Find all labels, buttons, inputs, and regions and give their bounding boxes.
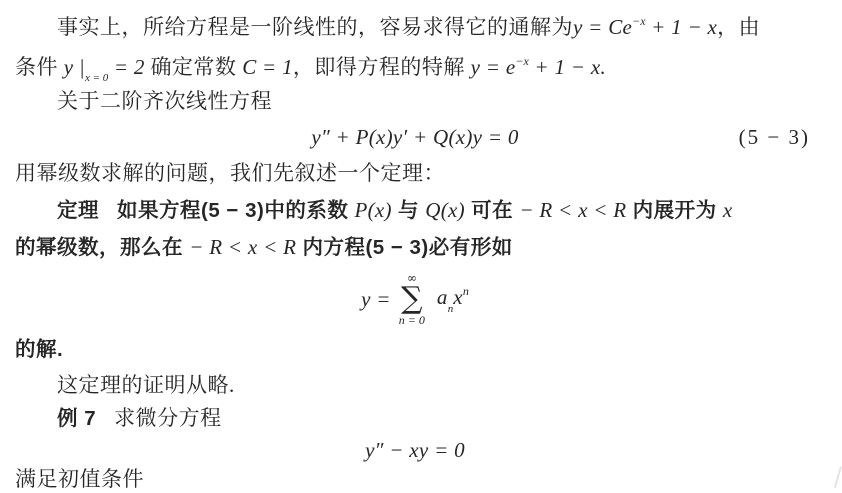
paragraph-proof-omitted: 这定理的证明从略. — [15, 368, 815, 402]
paragraph-initial-condition: 满足初值条件 — [15, 466, 815, 493]
intro-text-a: 事实上，所给方程是一阶线性的，容易求得它的通解为 — [57, 15, 573, 39]
condition-text-b: 确定常数 — [145, 55, 243, 79]
sigma-icon: ∑ — [401, 284, 422, 314]
sigma-lower-limit: n = 0 — [399, 314, 425, 327]
series-term: anxn — [437, 285, 469, 312]
sigma-notation: ∞ ∑ n = 0 — [399, 272, 425, 327]
page-body: 事实上，所给方程是一阶线性的，容易求得它的通解为y = Ce−x + 1 − x… — [0, 0, 842, 493]
intro-text-b: ，由 — [717, 15, 760, 39]
series-lhs: y = — [361, 287, 391, 312]
interval-math-2: − R < x < R — [189, 235, 296, 259]
equation-example: y″ − xy = 0 — [15, 434, 815, 466]
paragraph-power-series-intro: 用幂级数求解的问题，我们先叙述一个定理： — [15, 154, 815, 192]
theorem-text-a: 如果方程(5 − 3)中的系数 — [117, 199, 355, 222]
theorem-line2: 的幂级数，那么在 − R < x < R 内方程(5 − 3)必有形如 — [15, 229, 815, 266]
initial-condition-math: y |x = 0 = 2 — [64, 55, 145, 79]
variable-x-math: x — [723, 198, 733, 222]
example-label: 例 7 — [57, 407, 96, 430]
theorem-text-e: 的幂级数，那么在 — [15, 236, 189, 259]
coefficient-P-math: P(x) — [355, 198, 392, 222]
condition-text-c: ，即得方程的特解 — [293, 55, 471, 79]
theorem-line3: 的解. — [15, 332, 815, 368]
particular-solution-math: y = e−x + 1 − x. — [471, 55, 606, 79]
theorem-text-b: 与 — [392, 199, 425, 222]
condition-text-a: 条件 — [15, 55, 64, 79]
interval-math: − R < x < R — [519, 198, 626, 222]
general-solution-math: y = Ce−x + 1 − x — [573, 15, 717, 39]
paragraph-intro-line2: 条件 y |x = 0 = 2 确定常数 C = 1，即得方程的特解 y = e… — [15, 42, 815, 82]
paragraph-intro-line1: 事实上，所给方程是一阶线性的，容易求得它的通解为y = Ce−x + 1 − x… — [15, 2, 815, 42]
constant-math: C = 1 — [242, 55, 293, 79]
equation-5-3: y″ + P(x)y′ + Q(x)y = 0 (5 − 3) — [15, 120, 815, 154]
theorem-label: 定理 — [57, 199, 99, 222]
coefficient-Q-math: Q(x) — [425, 198, 465, 222]
textbook-page: 事实上，所给方程是一阶线性的，容易求得它的通解为y = Ce−x + 1 − x… — [0, 0, 842, 493]
theorem-line1: 定理如果方程(5 − 3)中的系数 P(x) 与 Q(x) 可在 − R < x… — [15, 192, 815, 229]
equation-power-series: y = ∞ ∑ n = 0 anxn — [15, 266, 815, 332]
theorem-text-c: 可在 — [465, 199, 519, 222]
equation-number: (5 − 3) — [739, 120, 810, 154]
example-text: 求微分方程 — [114, 406, 222, 430]
theorem-text-f: 内方程(5 − 3)必有形如 — [296, 236, 513, 259]
theorem-text-d: 内展开为 — [626, 199, 722, 222]
equation-5-3-body: y″ + P(x)y′ + Q(x)y = 0 — [311, 125, 518, 149]
example-7-heading: 例 7求微分方程 — [15, 402, 815, 434]
paragraph-second-order-intro: 关于二阶齐次线性方程 — [15, 82, 815, 120]
